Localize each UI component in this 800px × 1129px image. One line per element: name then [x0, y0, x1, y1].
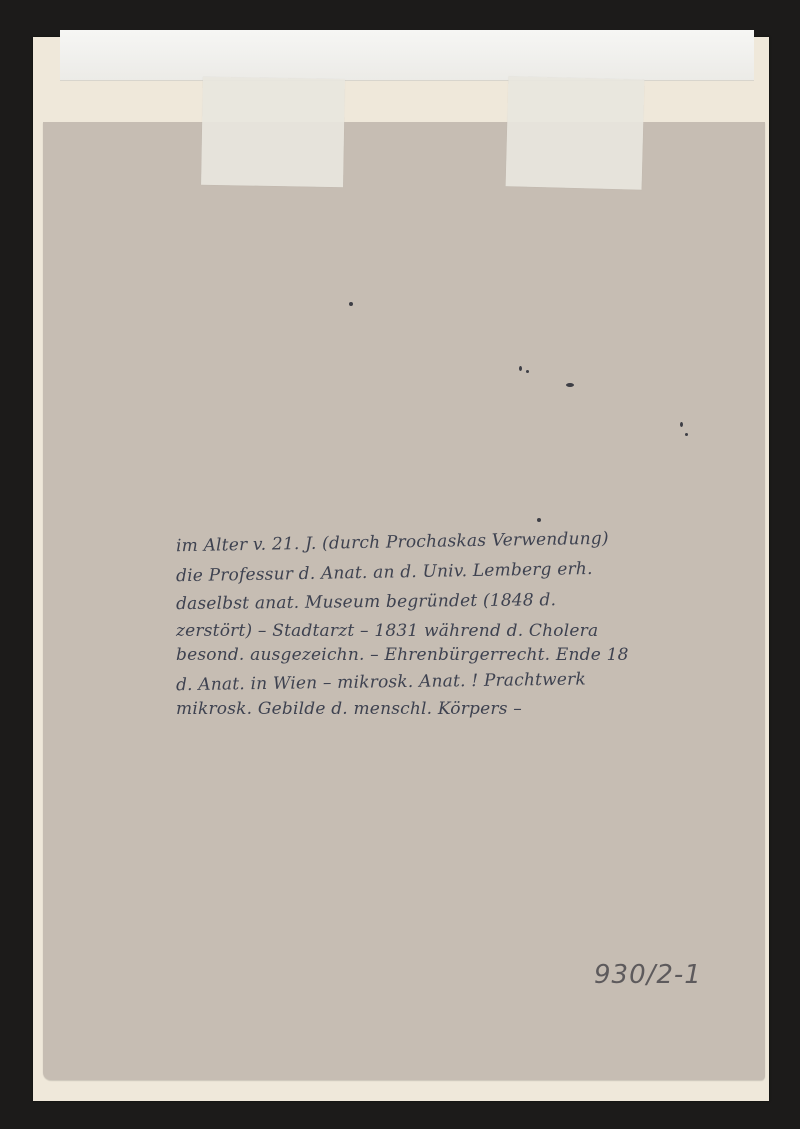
handwritten-text-block: im Alter v. 21. J. (durch Prochaskas Ver… — [176, 526, 776, 724]
ink-speck — [526, 370, 529, 373]
mounting-tape-left — [201, 77, 345, 187]
ink-speck — [519, 366, 522, 371]
mounting-tape-right — [506, 76, 645, 190]
ink-speck — [680, 422, 683, 427]
ink-speck — [685, 433, 688, 436]
ink-speck — [566, 383, 574, 387]
catalog-number: 930/2-1 — [594, 960, 702, 990]
tissue-strip — [60, 30, 754, 81]
ink-speck — [537, 518, 541, 522]
ink-speck — [349, 302, 353, 306]
handwritten-line: daselbst anat. Museum begründet (1848 d. — [176, 583, 776, 619]
